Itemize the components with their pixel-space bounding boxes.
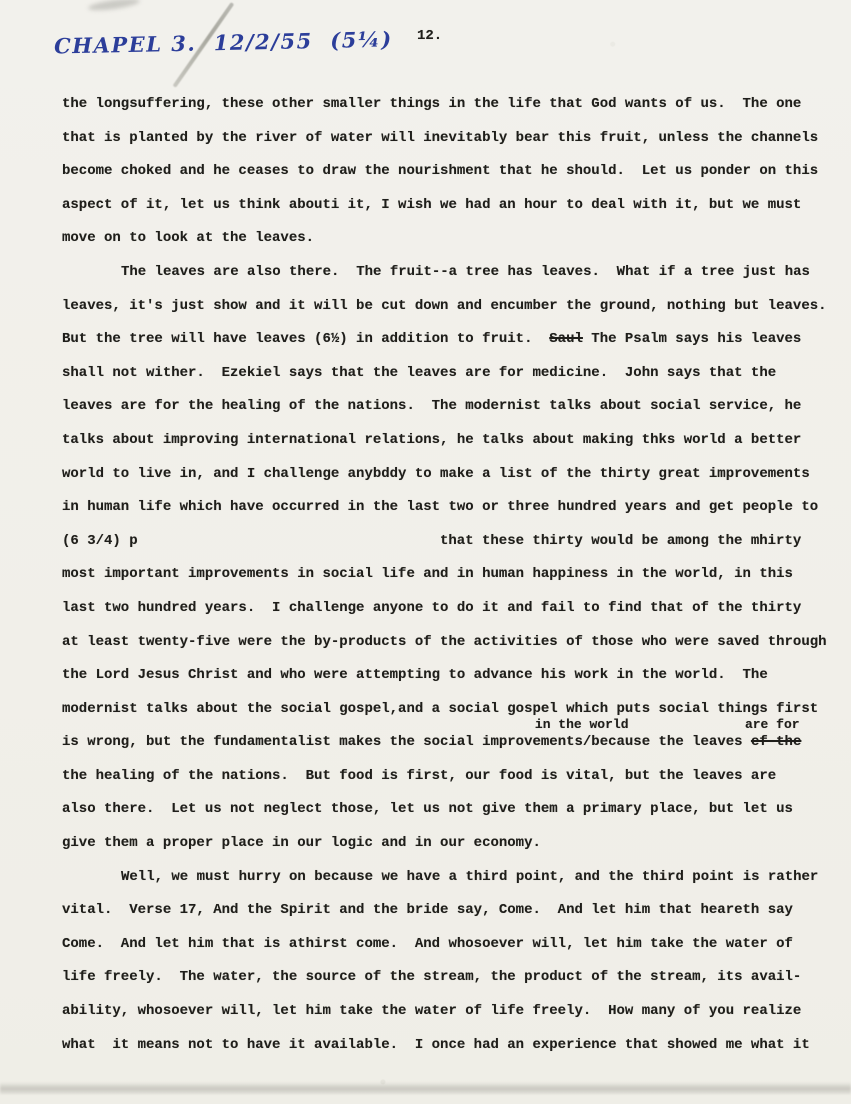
text-segment: in human life which have occurred in the… <box>62 499 818 515</box>
typewritten-line: Well, we must hurry on because we have a… <box>62 861 842 895</box>
text-segment: Come. And let him that is athirst come. … <box>62 936 793 952</box>
typewritten-line: at least twenty-five were the by-product… <box>62 626 842 660</box>
typewritten-line: The leaves are also there. The fruit--a … <box>62 256 842 290</box>
typewritten-line: world to live in, and I challenge anybdd… <box>62 458 842 492</box>
typewritten-line: become choked and he ceases to draw the … <box>62 155 842 189</box>
struck-text: are foref-the <box>751 734 801 750</box>
text-segment: most important improvements in social li… <box>62 566 793 582</box>
typewritten-line: most important improvements in social li… <box>62 558 842 592</box>
typewritten-line: last two hundred years. I challenge anyo… <box>62 592 842 626</box>
typewritten-line: (6 3/4) pthat these thirty would be amon… <box>62 525 842 559</box>
text-segment: The Psalm says his leaves <box>583 331 801 347</box>
typewritten-line: in human life which have occurred in the… <box>62 491 842 525</box>
text-segment: at least twenty-five were the by-product… <box>62 634 827 650</box>
text-segment: that these thirty would be among the mhi… <box>440 525 801 559</box>
text-segment: the longsuffering, these other smaller t… <box>62 96 801 112</box>
typewritten-line: vital. Verse 17, And the Spirit and the … <box>62 894 842 928</box>
typewritten-line: give them a proper place in our logic an… <box>62 827 842 861</box>
text-segment: last two hundred years. I challenge anyo… <box>62 600 801 616</box>
typewritten-line: leaves are for the healing of the nation… <box>62 390 842 424</box>
text-segment: the leaves <box>650 734 751 750</box>
text-segment: in the worldments/because <box>541 734 650 750</box>
scanned-document-page: CHAPEL 3. 12/2/55 (5¼) 12. the longsuffe… <box>0 0 851 1104</box>
text-segment: The leaves are also there. The fruit--a … <box>121 264 810 280</box>
typewritten-line: the healing of the nations. But food is … <box>62 760 842 794</box>
text-segment: But the tree will have leaves (6½) in ad… <box>62 331 549 347</box>
handwritten-annotation: CHAPEL 3. 12/2/55 (5¼) <box>54 26 393 58</box>
scan-edge-shadow <box>0 1082 851 1094</box>
typewritten-line: leaves, it's just show and it will be cu… <box>62 290 842 324</box>
typewritten-line: also there. Let us not neglect those, le… <box>62 793 842 827</box>
text-segment: modernist talks about the social gospel,… <box>62 701 818 717</box>
pencil-smudge <box>88 0 141 13</box>
interline-insertion: are for <box>745 718 800 732</box>
typewritten-line: that is planted by the river of water wi… <box>62 122 842 156</box>
typewritten-line: is wrong, but the fundamentalist makes t… <box>62 726 842 760</box>
page-number: 12. <box>417 28 442 44</box>
typewritten-line: move on to look at the leaves. <box>62 222 842 256</box>
typewritten-line: aspect of it, let us think abouti it, I … <box>62 189 842 223</box>
text-segment: become choked and he ceases to draw the … <box>62 163 818 179</box>
text-segment: what it means not to have it available. … <box>62 1037 810 1053</box>
typewritten-line: shall not wither. Ezekiel says that the … <box>62 357 842 391</box>
typewritten-line: modernist talks about the social gospel,… <box>62 693 842 727</box>
text-segment: give them a proper place in our logic an… <box>62 835 541 851</box>
text-segment: aspect of it, let us think abouti it, I … <box>62 197 801 213</box>
text-segment: leaves, it's just show and it will be cu… <box>62 298 827 314</box>
typewritten-line: what it means not to have it available. … <box>62 1029 842 1063</box>
text-segment: is wrong, but the fundamentalist makes t… <box>62 734 541 750</box>
typewritten-line: life freely. The water, the source of th… <box>62 961 842 995</box>
text-segment: world to live in, and I challenge anybdd… <box>62 466 810 482</box>
text-segment: life freely. The water, the source of th… <box>62 969 801 985</box>
typewritten-line: ability, whosoever will, let him take th… <box>62 995 842 1029</box>
text-segment: the healing of the nations. But food is … <box>62 768 776 784</box>
typewritten-line: the longsuffering, these other smaller t… <box>62 88 842 122</box>
text-segment: (6 3/4) p <box>62 533 138 549</box>
interline-insertion: in the world <box>535 718 629 732</box>
text-segment: move on to look at the leaves. <box>62 230 314 246</box>
text-segment: that is planted by the river of water wi… <box>62 130 818 146</box>
text-segment: also there. Let us not neglect those, le… <box>62 801 793 817</box>
typewritten-text: the longsuffering, these other smaller t… <box>62 88 842 1062</box>
text-segment: leaves are for the healing of the nation… <box>62 398 801 414</box>
text-segment: Well, we must hurry on because we have a… <box>121 869 818 885</box>
typewritten-line: talks about improving international rela… <box>62 424 842 458</box>
typewritten-line: the Lord Jesus Christ and who were attem… <box>62 659 842 693</box>
text-segment: shall not wither. Ezekiel says that the … <box>62 365 776 381</box>
typewritten-line: But the tree will have leaves (6½) in ad… <box>62 323 842 357</box>
text-segment: the Lord Jesus Christ and who were attem… <box>62 667 768 683</box>
text-segment: ability, whosoever will, let him take th… <box>62 1003 801 1019</box>
struck-text: Saul <box>549 331 583 347</box>
text-segment: talks about improving international rela… <box>62 432 801 448</box>
typewritten-line: Come. And let him that is athirst come. … <box>62 928 842 962</box>
text-segment: vital. Verse 17, And the Spirit and the … <box>62 902 793 918</box>
